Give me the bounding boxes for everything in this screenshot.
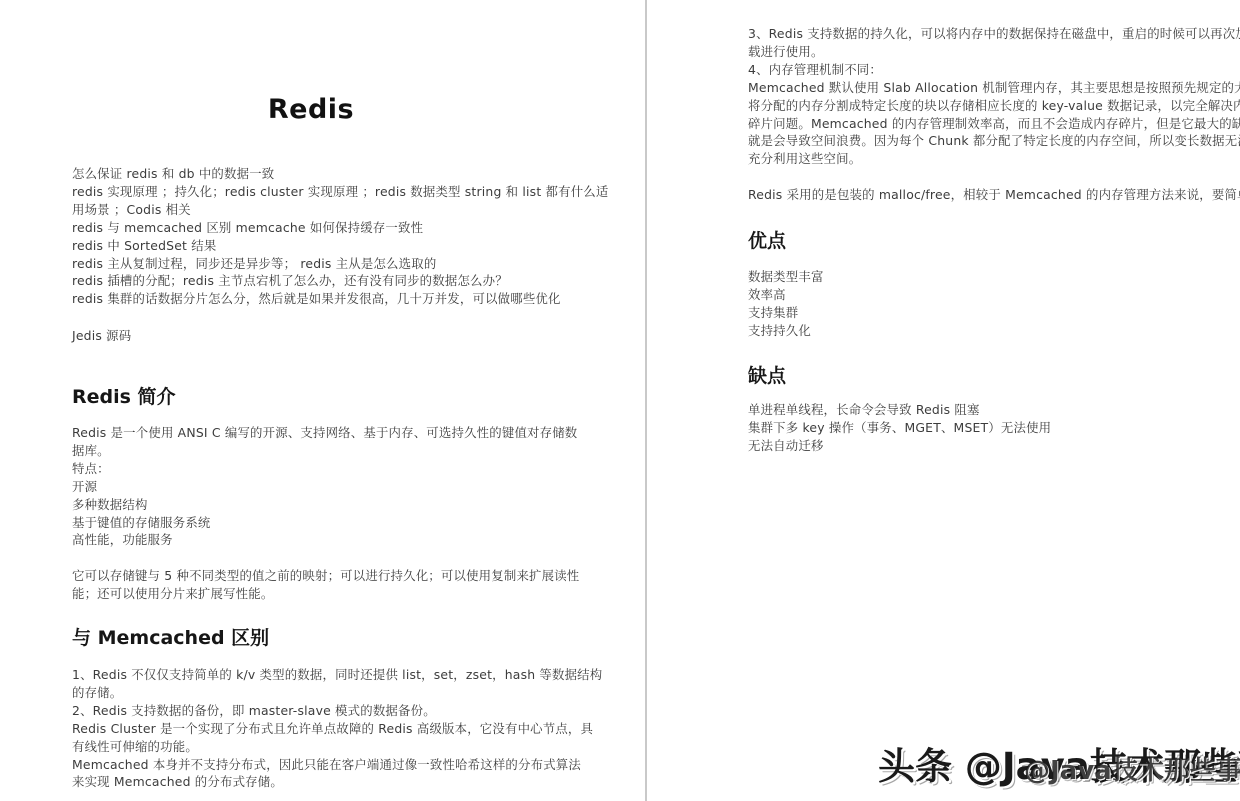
memcached-diff-continuation-paragraph: 3、Redis 支持数据的持久化，可以将内存中的数据保持在磁盘中，重启的时候可以… — [748, 25, 1240, 168]
memcached-diff-paragraph: 1、Redis 不仅仅支持简单的 k/v 类型的数据，同时还提供 list，se… — [72, 666, 602, 791]
document-viewer: Redis 怎么保证 redis 和 db 中的数据一致 redis 实现原理 … — [0, 0, 1240, 801]
jedis-source-line: Jedis 源码 — [72, 327, 131, 345]
pros-list: 数据类型丰富 效率高 支持集群 支持持久化 — [748, 268, 824, 340]
cons-list: 单进程单线程，长命令会导致 Redis 阻塞 集群下多 key 操作（事务、MG… — [748, 401, 1051, 455]
document-title: Redis — [72, 94, 550, 125]
redis-intro-paragraph: Redis 是一个使用 ANSI C 编写的开源、支持网络、基于内存、可选持久性… — [72, 424, 579, 603]
cons-heading: 缺点 — [748, 361, 786, 388]
malloc-free-line: Redis 采用的是包装的 malloc/free，相较于 Memcached … — [748, 186, 1240, 204]
page-divider — [645, 0, 647, 801]
memcached-diff-heading: 与 Memcached 区别 — [72, 623, 269, 650]
right-page: 3、Redis 支持数据的持久化，可以将内存中的数据保持在磁盘中，重启的时候可以… — [748, 0, 1228, 801]
redis-intro-heading: Redis 简介 — [72, 382, 176, 409]
interview-questions-paragraph: 怎么保证 redis 和 db 中的数据一致 redis 实现原理 ；持久化；r… — [72, 165, 609, 308]
pros-heading: 优点 — [748, 226, 786, 253]
left-page: Redis 怎么保证 redis 和 db 中的数据一致 redis 实现原理 … — [72, 0, 550, 801]
